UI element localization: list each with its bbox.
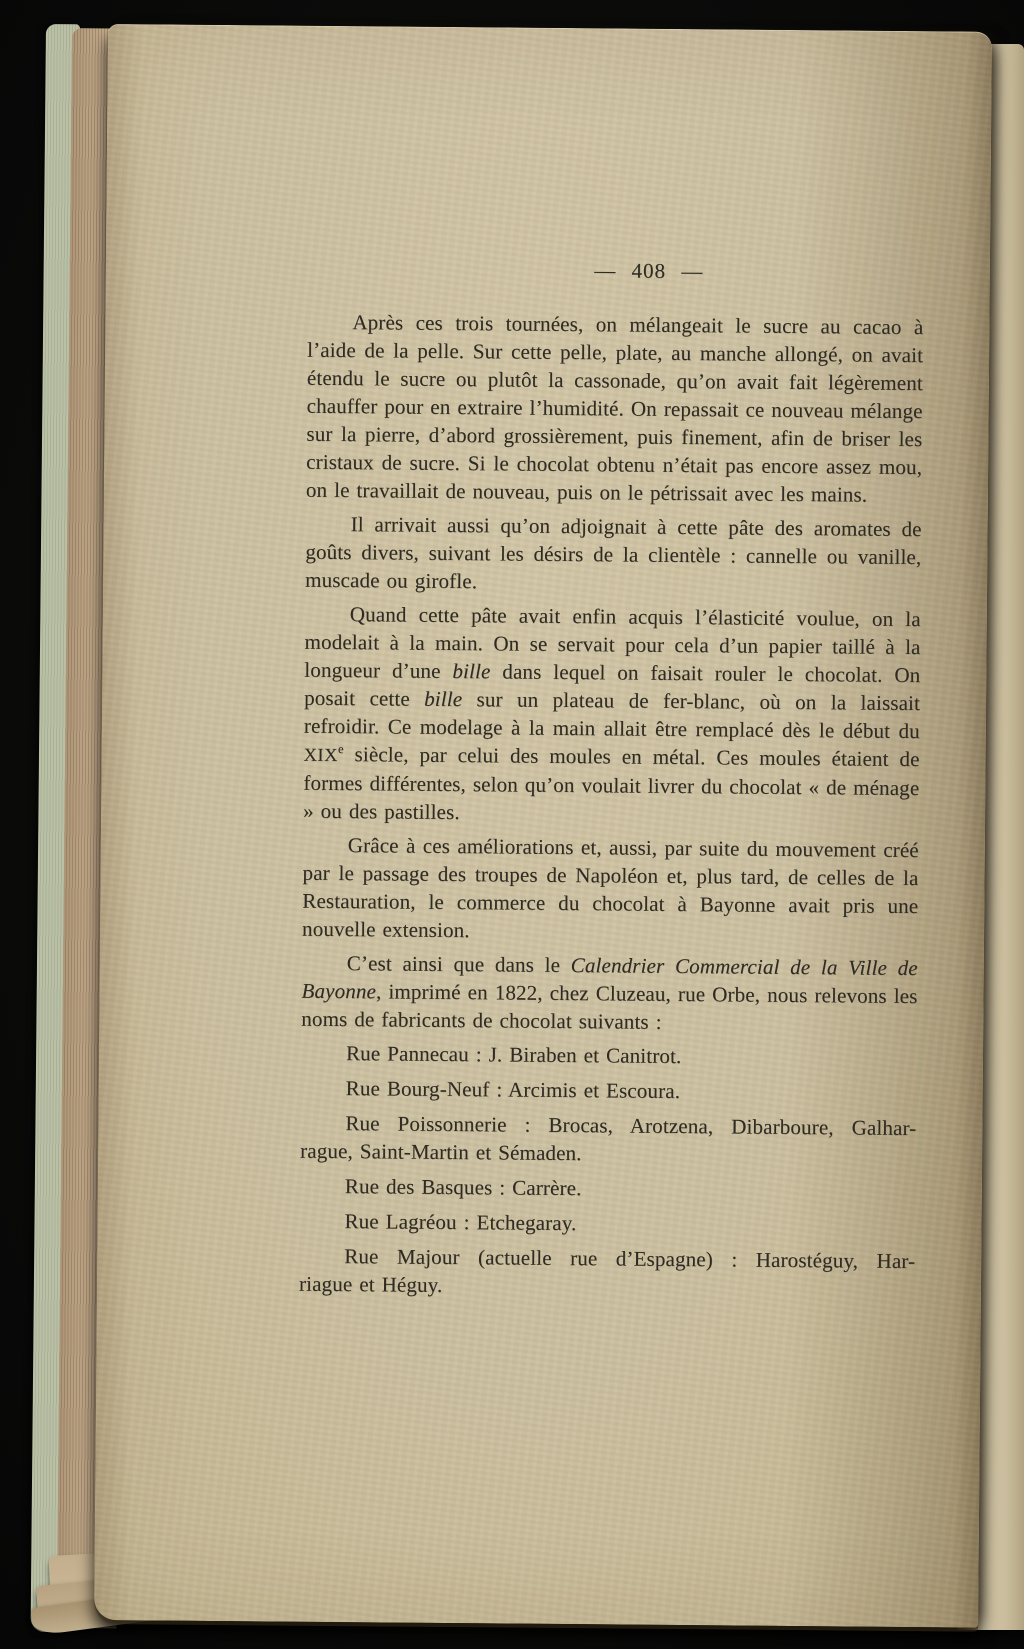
text-segment: siècle, par celui des moules en métal. C…	[303, 742, 920, 824]
text-segment: , imprimé en 1822, chez Cluzeau, rue Orb…	[301, 979, 917, 1033]
text-segment: Après ces trois tournées, on mélangeait …	[306, 310, 924, 506]
street-entry: Rue des Basques : Carrère.	[300, 1172, 916, 1205]
text-segment: C’est ainsi que dans le	[347, 951, 571, 977]
page-surface: — 408 — Après ces trois tournées, on mél…	[94, 24, 992, 1628]
text-segment: Rue Lagréou : Etchegaray.	[344, 1209, 576, 1235]
street-entry: Rue Pannecau : J. Biraben et Canitrot.	[301, 1039, 917, 1072]
text-segment: Rue Pannecau : J. Biraben et Canitrot.	[346, 1041, 682, 1068]
street-entry: Rue Lagréou : Etchegaray.	[299, 1207, 915, 1240]
body-paragraphs: Après ces trois tournées, on mélangeait …	[301, 308, 923, 1038]
page-number: — 408 —	[341, 254, 957, 287]
paragraph: Il arrivait aussi qu’on adjoignait à cet…	[305, 510, 922, 599]
text-line: riague et Héguy.	[299, 1270, 915, 1303]
text-segment: riague et Héguy.	[299, 1272, 443, 1297]
paragraph: Quand cette pâte avait enfin acquis l’él…	[303, 600, 921, 830]
paragraph: C’est ainsi que dans le Calendrier Comme…	[301, 949, 918, 1038]
text-segment: Grâce à ces améliorations et, aussi, par…	[302, 833, 919, 942]
text-segment: Rue Majour (actuelle rue d’Espagne) : Ha…	[344, 1244, 915, 1273]
text-segment: Rue Bourg-Neuf : Arcimis et Escoura.	[346, 1076, 681, 1103]
text-segment: bille	[424, 687, 462, 711]
text-block: — 408 — Après ces trois tournées, on mél…	[299, 254, 924, 1310]
street-entry: Rue Bourg-Neuf : Arcimis et Escoura.	[301, 1074, 917, 1107]
paragraph: Grâce à ces améliorations et, aussi, par…	[302, 831, 919, 948]
street-list: Rue Pannecau : J. Biraben et Canitrot.Ru…	[299, 1039, 917, 1303]
street-entry: Rue Poissonnerie : Brocas, Arotzena, Dib…	[300, 1109, 916, 1170]
text-segment: rague, Saint-Martin et Sémaden.	[300, 1139, 582, 1165]
text-line: rague, Saint-Martin et Sémaden.	[300, 1137, 916, 1170]
book-photo: — 408 — Après ces trois tournées, on mél…	[0, 0, 1024, 1649]
text-segment: Il arrivait aussi qu’on adjoignait à cet…	[305, 512, 922, 593]
street-entry: Rue Majour (actuelle rue d’Espagne) : Ha…	[299, 1242, 915, 1303]
paragraph: Après ces trois tournées, on mélangeait …	[306, 308, 924, 509]
text-segment: Rue des Basques : Carrère.	[345, 1174, 582, 1200]
text-segment: bille	[452, 659, 490, 683]
text-segment: Rue Poissonnerie : Brocas, Arotzena, Dib…	[345, 1111, 916, 1140]
text-segment: XIX	[304, 745, 339, 765]
